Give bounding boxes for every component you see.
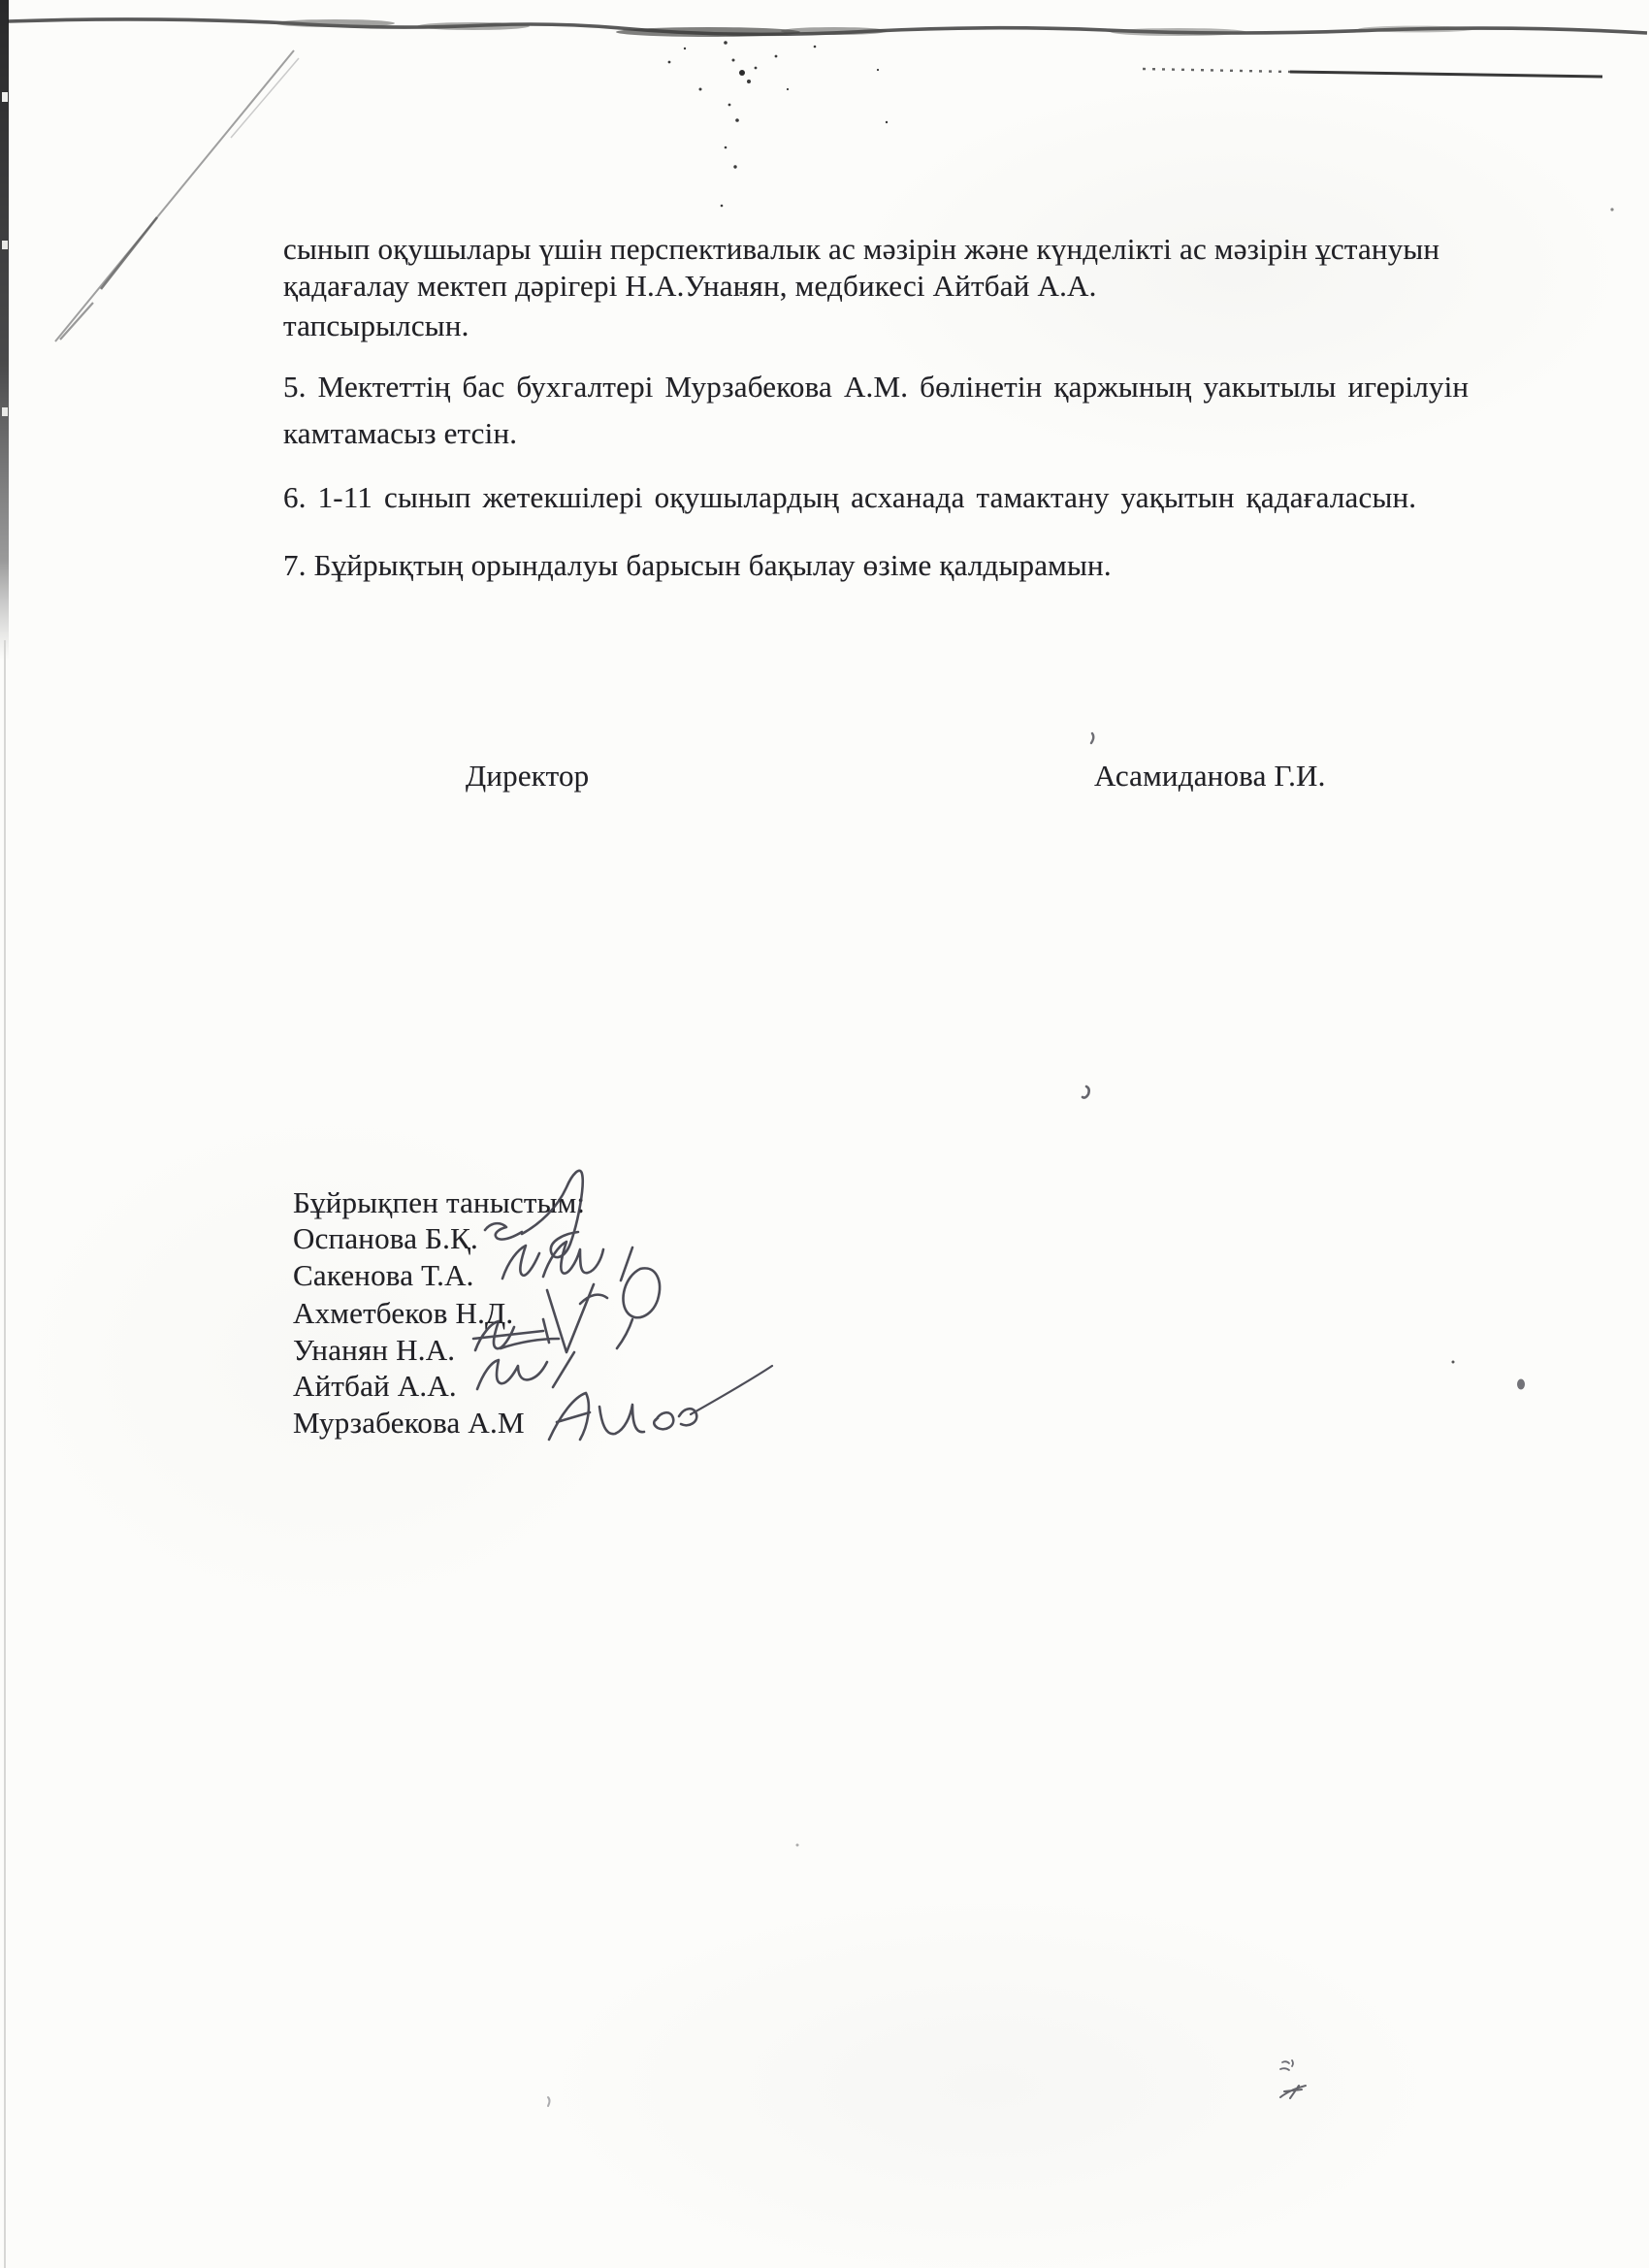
item-7-line-1: 7. Бұйрықтың орындалуы барысын бақылау ө… bbox=[283, 547, 1112, 583]
ack-name-unanyan: Унанян Н.А. bbox=[293, 1332, 455, 1368]
scanned-document-page: сынып оқушылары үшін перспективалык ас м… bbox=[0, 0, 1649, 2268]
ack-name-akhmetbekov: Ахметбеков Н.Д. bbox=[293, 1295, 513, 1331]
aytbay-signature bbox=[477, 1352, 574, 1389]
akhmetbekov-signature bbox=[547, 1268, 660, 1352]
ack-name-sakenova: Сакенова Т.А. bbox=[293, 1257, 474, 1293]
ack-name-murzabekova: Мурзабекова А.М bbox=[293, 1405, 525, 1441]
sakenova-signature bbox=[502, 1242, 632, 1280]
intro-line-2: қадағалау мектеп дәрігері Н.А.Унанян, ме… bbox=[283, 268, 1097, 304]
ack-name-aytbay: Айтбай А.А. bbox=[293, 1368, 457, 1404]
diagonal-scratch bbox=[55, 50, 299, 341]
ack-name-ospanova: Оспанова Б.Қ. bbox=[293, 1220, 478, 1256]
ack-heading: Бұйрықпен таныстым: bbox=[293, 1184, 585, 1220]
item-5-line-1: 5. Мектеттің бас бухгалтері Мурзабекова … bbox=[283, 369, 1469, 405]
signoff-role: Директор bbox=[466, 758, 589, 794]
item-6-line-1: 6. 1-11 сынып жетекшілері оқушылардың ас… bbox=[283, 479, 1416, 515]
murzabekova-signature bbox=[549, 1366, 772, 1440]
handwritten-rule-top-right bbox=[1143, 69, 1602, 77]
scan-edge-bar bbox=[0, 0, 9, 2268]
intro-line-3: тапсырылсын. bbox=[283, 308, 469, 343]
intro-line-1: сынып оқушылары үшін перспективалык ас м… bbox=[283, 231, 1439, 267]
signoff-name: Асамиданова Г.И. bbox=[1094, 758, 1326, 794]
scan-artifact-overlay bbox=[0, 0, 1649, 2268]
stray-ink-marks bbox=[548, 733, 1525, 2106]
scan-shadow-line bbox=[8, 19, 1647, 37]
item-5-line-2: камтамасыз етсін. bbox=[283, 415, 517, 451]
